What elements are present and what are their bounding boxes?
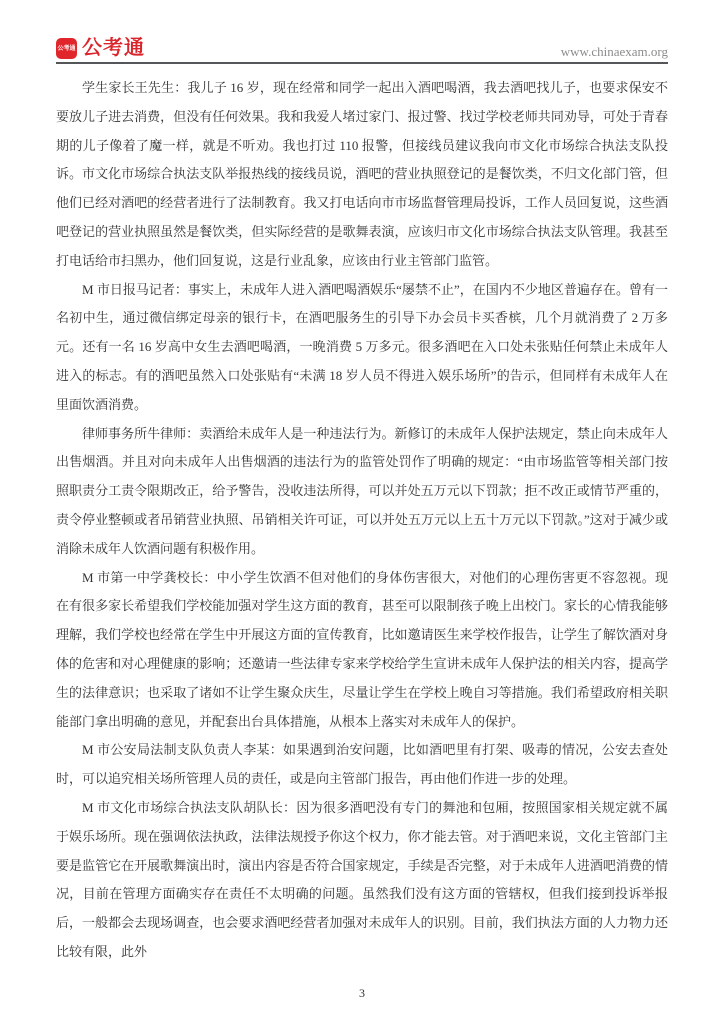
logo-text: 公考通	[82, 38, 145, 59]
paragraph-principal-gong: M 市第一中学龚校长：中小学生饮酒不但对他们的身体伤害很大，对他们的心理伤害更不…	[56, 564, 668, 737]
document-page: 公考通 公考通 www.chinaexam.org 学生家长王先生：我儿子 16…	[0, 0, 724, 1024]
page-header: 公考通 公考通 www.chinaexam.org	[56, 28, 668, 64]
website-url[interactable]: www.chinaexam.org	[561, 45, 668, 59]
page-footer: 3	[0, 984, 724, 1002]
paragraph-lawyer-niu: 律师事务所牛律师：卖酒给未成年人是一种违法行为。新修订的未成年人保护法规定，禁止…	[56, 420, 668, 564]
paragraph-reporter-ma: M 市日报马记者：事实上，未成年人进入酒吧喝酒娱乐“屡禁不止”，在国内不少地区普…	[56, 276, 668, 420]
paragraph-police-li: M 市公安局法制支队负责人李某：如果遇到治安问题，比如酒吧里有打架、吸毒的情况，…	[56, 736, 668, 794]
paragraph-parent-wang: 学生家长王先生：我儿子 16 岁，现在经常和同学一起出入酒吧喝酒，我去酒吧找儿子…	[56, 74, 668, 276]
page-number: 3	[359, 986, 365, 1000]
gongkaotong-logo-icon: 公考通	[56, 38, 77, 59]
paragraph-chief-hu: M 市文化市场综合执法支队胡队长：因为很多酒吧没有专门的舞池和包厢，按照国家相关…	[56, 794, 668, 967]
document-body: 学生家长王先生：我儿子 16 岁，现在经常和同学一起出入酒吧喝酒，我去酒吧找儿子…	[56, 74, 668, 967]
logo: 公考通 公考通	[56, 38, 145, 59]
